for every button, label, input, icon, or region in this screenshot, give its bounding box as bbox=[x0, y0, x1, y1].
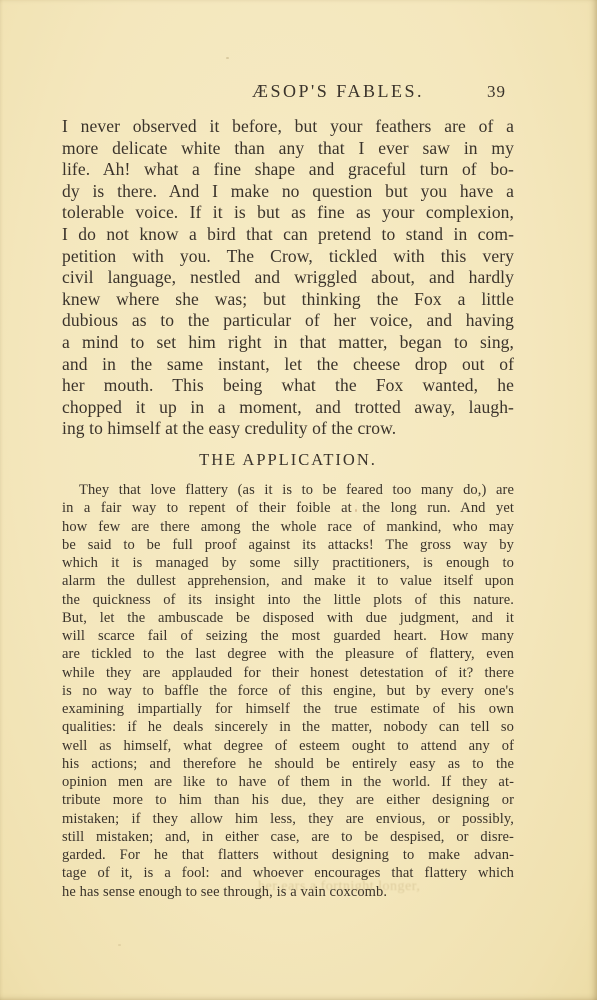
paper-speck bbox=[355, 509, 357, 512]
text-line: is no way to baffle the force of this en… bbox=[62, 682, 514, 700]
text-line: be said to be full proof against its att… bbox=[62, 536, 514, 554]
text-line: how few are there among the whole race o… bbox=[62, 518, 514, 536]
text-line: garded. For he that flatters without des… bbox=[62, 846, 514, 864]
text-line: civil language, nestled and wriggled abo… bbox=[62, 267, 514, 289]
text-line: chopped it up in a moment, and trotted a… bbox=[62, 397, 514, 419]
show-through-text: her ears a fortnight longer, bbox=[258, 879, 498, 895]
text-line: her mouth. This being what the Fox wante… bbox=[62, 375, 514, 397]
text-line: knew where she was; but thinking the Fox… bbox=[62, 289, 514, 311]
text-line: life. Ah! what a fine shape and graceful… bbox=[62, 159, 514, 181]
text-line: are tickled to the last degree with the … bbox=[62, 645, 514, 663]
running-head: ÆSOP'S FABLES. 39 bbox=[62, 81, 514, 103]
text-line: the quickness of its insight into the li… bbox=[62, 591, 514, 609]
text-line: tribute more to him than his due, they a… bbox=[62, 791, 514, 809]
text-line: I never observed it before, but your fea… bbox=[62, 116, 514, 138]
text-line: well as himself, what degree of esteem o… bbox=[62, 737, 514, 755]
text-line: But, let the ambuscade be disposed with … bbox=[62, 609, 514, 627]
text-line: will scarce fail of seizing the most gua… bbox=[62, 627, 514, 645]
text-line: a mind to set him right in that matter, … bbox=[62, 332, 514, 354]
text-line: I do not know a bird that can pretend to… bbox=[62, 224, 514, 246]
text-line: mistaken; if they allow him less, they a… bbox=[62, 810, 514, 828]
text-line: still mistaken; and, in either case, are… bbox=[62, 828, 514, 846]
running-head-title: ÆSOP'S FABLES. bbox=[252, 81, 424, 102]
text-line: examining impartially for himself the tr… bbox=[62, 700, 514, 718]
text-line: dubious as to the particular of her voic… bbox=[62, 310, 514, 332]
text-line: alarm the dullest apprehension, and make… bbox=[62, 572, 514, 590]
text-line: tolerable voice. If it is but as fine as… bbox=[62, 202, 514, 224]
paper-speck bbox=[118, 944, 121, 946]
text-line: his actions; and therefore he should be … bbox=[62, 755, 514, 773]
text-line: in a fair way to repent of their foible … bbox=[62, 499, 514, 517]
book-page: ÆSOP'S FABLES. 39 I never observed it be… bbox=[0, 0, 597, 1000]
text-line: while they are applauded for their hones… bbox=[62, 664, 514, 682]
text-line: and in the same instant, let the cheese … bbox=[62, 354, 514, 376]
paper-speck bbox=[226, 57, 229, 59]
text-line: They that love flattery (as it is to be … bbox=[62, 481, 514, 499]
text-line: more delicate white than any that I ever… bbox=[62, 138, 514, 160]
text-line: opinion men are like to have of them in … bbox=[62, 773, 514, 791]
text-line: ing to himself at the easy credulity of … bbox=[62, 418, 514, 440]
text-line: qualities: if he deals sincerely in the … bbox=[62, 718, 514, 736]
page-number: 39 bbox=[487, 82, 506, 102]
fable-paragraph: I never observed it before, but your fea… bbox=[62, 116, 514, 440]
section-heading: THE APPLICATION. bbox=[62, 450, 514, 470]
text-line: dy is there. And I make no question but … bbox=[62, 181, 514, 203]
text-line: which it is managed by some silly practi… bbox=[62, 554, 514, 572]
application-paragraph: They that love flattery (as it is to be … bbox=[62, 481, 514, 901]
text-line: petition with you. The Crow, tickled wit… bbox=[62, 246, 514, 268]
